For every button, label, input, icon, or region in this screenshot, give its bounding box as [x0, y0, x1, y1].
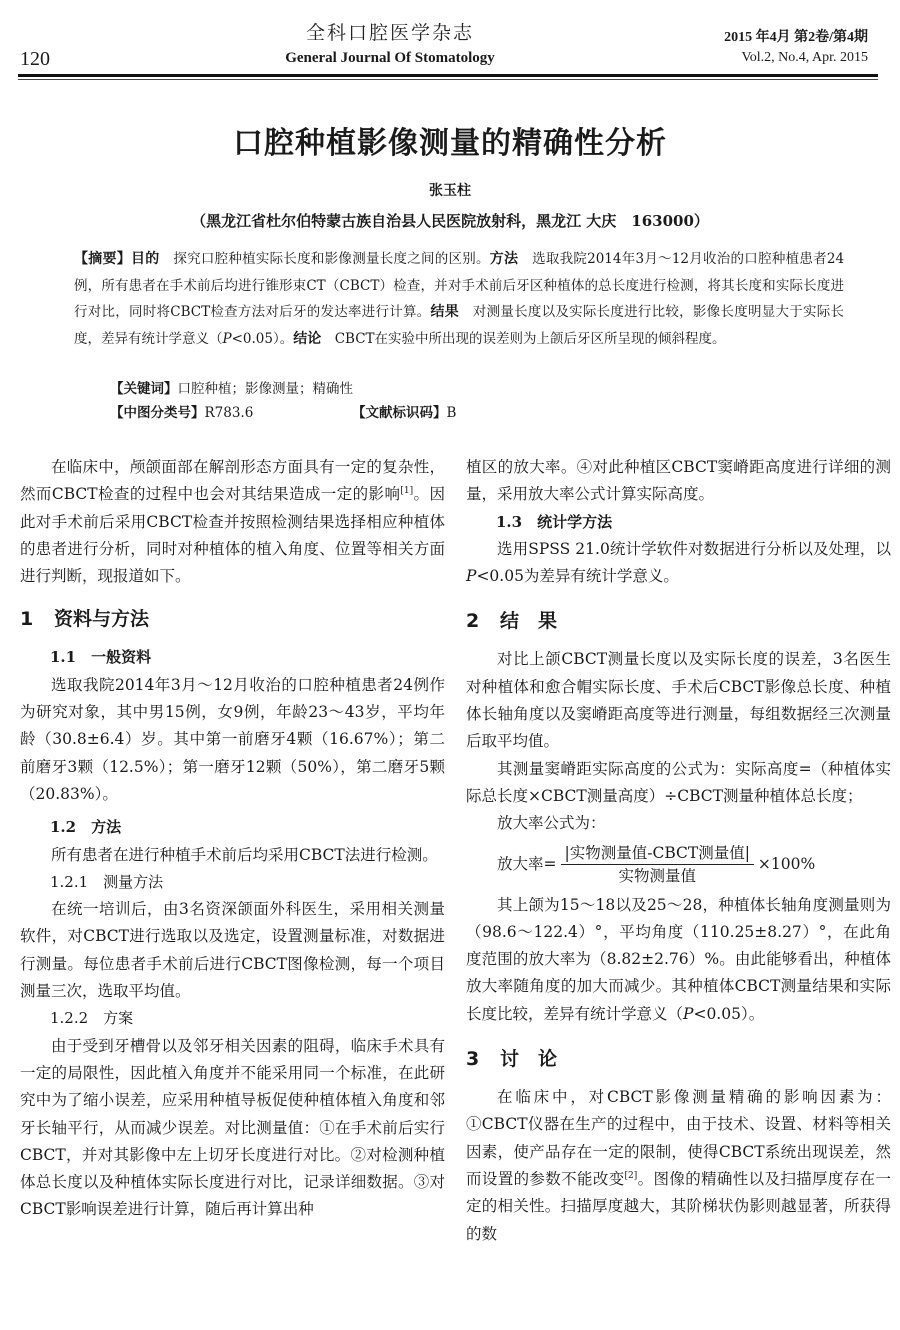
subsection-1-2-1-text: 在统一培训后，由3名资深颌面外科医生，采用相关测量软件，对CBCT进行选取以及选…	[20, 896, 445, 1005]
results-paragraph-2: 其测量窦嵴距实际高度的公式为：实际高度=（种植体实际总长度×CBCT测量高度）÷…	[466, 756, 891, 811]
section-1-heading: 1资料与方法	[20, 604, 445, 634]
stats-text-end: <0.05为差异有统计学意义。	[476, 567, 679, 585]
clc-code: R783.6	[205, 405, 254, 421]
subsection-1-2-heading: 1.2 方法	[20, 814, 445, 841]
subsection-1-2-2-heading: 1.2.2 方案	[20, 1005, 445, 1032]
docid-code: B	[447, 405, 457, 421]
document-id-line: 【文献标识码】B	[352, 401, 456, 425]
intro-text: 在临床中，颅颌面部在解剖形态方面具有一定的复杂性，然而CBCT检查的过程中也会对…	[20, 458, 445, 503]
results-paragraph-3: 放大率公式为：	[466, 810, 891, 837]
results-paragraph-1: 对比上颌CBCT测量长度以及实际长度的误差，3名医生对种植体和愈合帽实际长度、手…	[466, 646, 891, 755]
formula-numerator: |实物测量值-CBCT测量值|	[561, 842, 754, 865]
article-author: 张玉柱	[0, 180, 900, 200]
intro-paragraph: 在临床中，颅颌面部在解剖形态方面具有一定的复杂性，然而CBCT检查的过程中也会对…	[20, 454, 445, 590]
p-symbol: P	[466, 567, 476, 585]
formula-multiplier: ×100%	[758, 851, 815, 878]
issue-volume-en: Vol.2, No.4, Apr. 2015	[741, 50, 868, 66]
keywords-label: 【关键词】	[110, 381, 178, 397]
abstract-label: 【摘要】	[74, 251, 131, 267]
section-2-number: 2	[466, 606, 500, 636]
subsection-1-3-heading: 1.3 统计学方法	[466, 509, 891, 536]
citation-1: [1]	[400, 486, 413, 496]
body-column-right: 植区的放大率。④对此种植区CBCT窦嵴距高度进行详细的测量，采用放大率公式计算实…	[466, 454, 891, 1248]
abstract-results-label: 结果	[431, 304, 460, 320]
subsection-1-2-2-continued: 植区的放大率。④对此种植区CBCT窦嵴距高度进行详细的测量，采用放大率公式计算实…	[466, 454, 891, 509]
header-rule	[18, 74, 878, 77]
body-column-left: 在临床中，颅颌面部在解剖形态方面具有一定的复杂性，然而CBCT检查的过程中也会对…	[20, 454, 445, 1224]
article-affiliation: （黑龙江省杜尔伯特蒙古族自治县人民医院放射科，黑龙江 大庆 163000）	[0, 210, 900, 231]
p-symbol: P	[683, 1005, 693, 1023]
abstract-methods-label: 方法	[490, 251, 519, 267]
docid-label: 【文献标识码】	[352, 405, 447, 421]
section-1-title: 资料与方法	[54, 608, 149, 630]
abstract-conclusion: CBCT在实验中所出现的误差则为上颌后牙区所呈现的倾斜程度。	[321, 331, 725, 347]
citation-2: [2]	[625, 1171, 638, 1181]
abstract-objective-label: 目的	[131, 251, 160, 267]
section-1-number: 1	[20, 604, 54, 634]
formula-lhs: 放大率=	[497, 851, 557, 878]
formula-denominator: 实物测量值	[618, 865, 696, 887]
subsection-1-2-text: 所有患者在进行种植手术前后均采用CBCT法进行检测。	[20, 842, 445, 869]
journal-title-en: General Journal Of Stomatology	[0, 50, 780, 67]
subsection-1-3-text: 选用SPSS 21.0统计学软件对数据进行分析以及处理，以P<0.05为差异有统…	[466, 536, 891, 591]
subsection-1-1-heading: 1.1 一般资料	[20, 644, 445, 671]
abstract-objective: 探究口腔种植实际长度和影像测量长度之间的区别。	[160, 251, 490, 267]
magnification-formula: 放大率= |实物测量值-CBCT测量值| 实物测量值 ×100%	[466, 838, 891, 892]
results-text: 其上颌为15～18以及25～28，种植体长轴角度测量则为（98.6～122.4）…	[466, 896, 891, 1023]
subsection-1-2-2-text: 由于受到牙槽骨以及邻牙相关因素的阻碍，临床手术具有一定的局限性，因此植入角度并不…	[20, 1033, 445, 1224]
abstract-results-end: <0.05）。	[232, 331, 294, 347]
page-number: 120	[20, 48, 50, 71]
stats-text: 选用SPSS 21.0统计学软件对数据进行分析以及处理，以	[497, 540, 891, 558]
article-title: 口腔种植影像测量的精确性分析	[0, 118, 900, 162]
issue-date-cn: 2015 年4月 第2卷/第4期	[724, 26, 868, 46]
discussion-paragraph-1: 在临床中，对CBCT影像测量精确的影响因素为：①CBCT仪器在生产的过程中，由于…	[466, 1084, 891, 1248]
section-3-number: 3	[466, 1044, 500, 1074]
p-symbol: P	[223, 331, 232, 347]
results-paragraph-4: 其上颌为15～18以及25～28，种植体长轴角度测量则为（98.6～122.4）…	[466, 892, 891, 1028]
journal-title-cn: 全科口腔医学杂志	[0, 18, 780, 45]
section-2-title: 结 果	[500, 610, 557, 632]
classification-line: 【中图分类号】R783.6	[110, 401, 253, 425]
keywords: 口腔种植；影像测量；精确性	[178, 381, 354, 397]
formula-fraction: |实物测量值-CBCT测量值| 实物测量值	[561, 842, 754, 887]
abstract-conclusion-label: 结论	[293, 331, 321, 347]
section-3-title: 讨 论	[500, 1048, 557, 1070]
keywords-line: 【关键词】口腔种植；影像测量；精确性	[110, 377, 353, 401]
section-3-heading: 3讨 论	[466, 1044, 891, 1074]
subsection-1-2-1-heading: 1.2.1 测量方法	[20, 869, 445, 896]
clc-label: 【中图分类号】	[110, 405, 205, 421]
results-text-end: <0.05）。	[693, 1005, 764, 1023]
abstract: 【摘要】目的 探究口腔种植实际长度和影像测量长度之间的区别。方法 选取我院201…	[74, 246, 844, 352]
section-2-heading: 2结 果	[466, 606, 891, 636]
header-rule-thin	[18, 79, 878, 80]
subsection-1-1-text: 选取我院2014年3月～12月收治的口腔种植患者24例作为研究对象，其中男15例…	[20, 672, 445, 808]
